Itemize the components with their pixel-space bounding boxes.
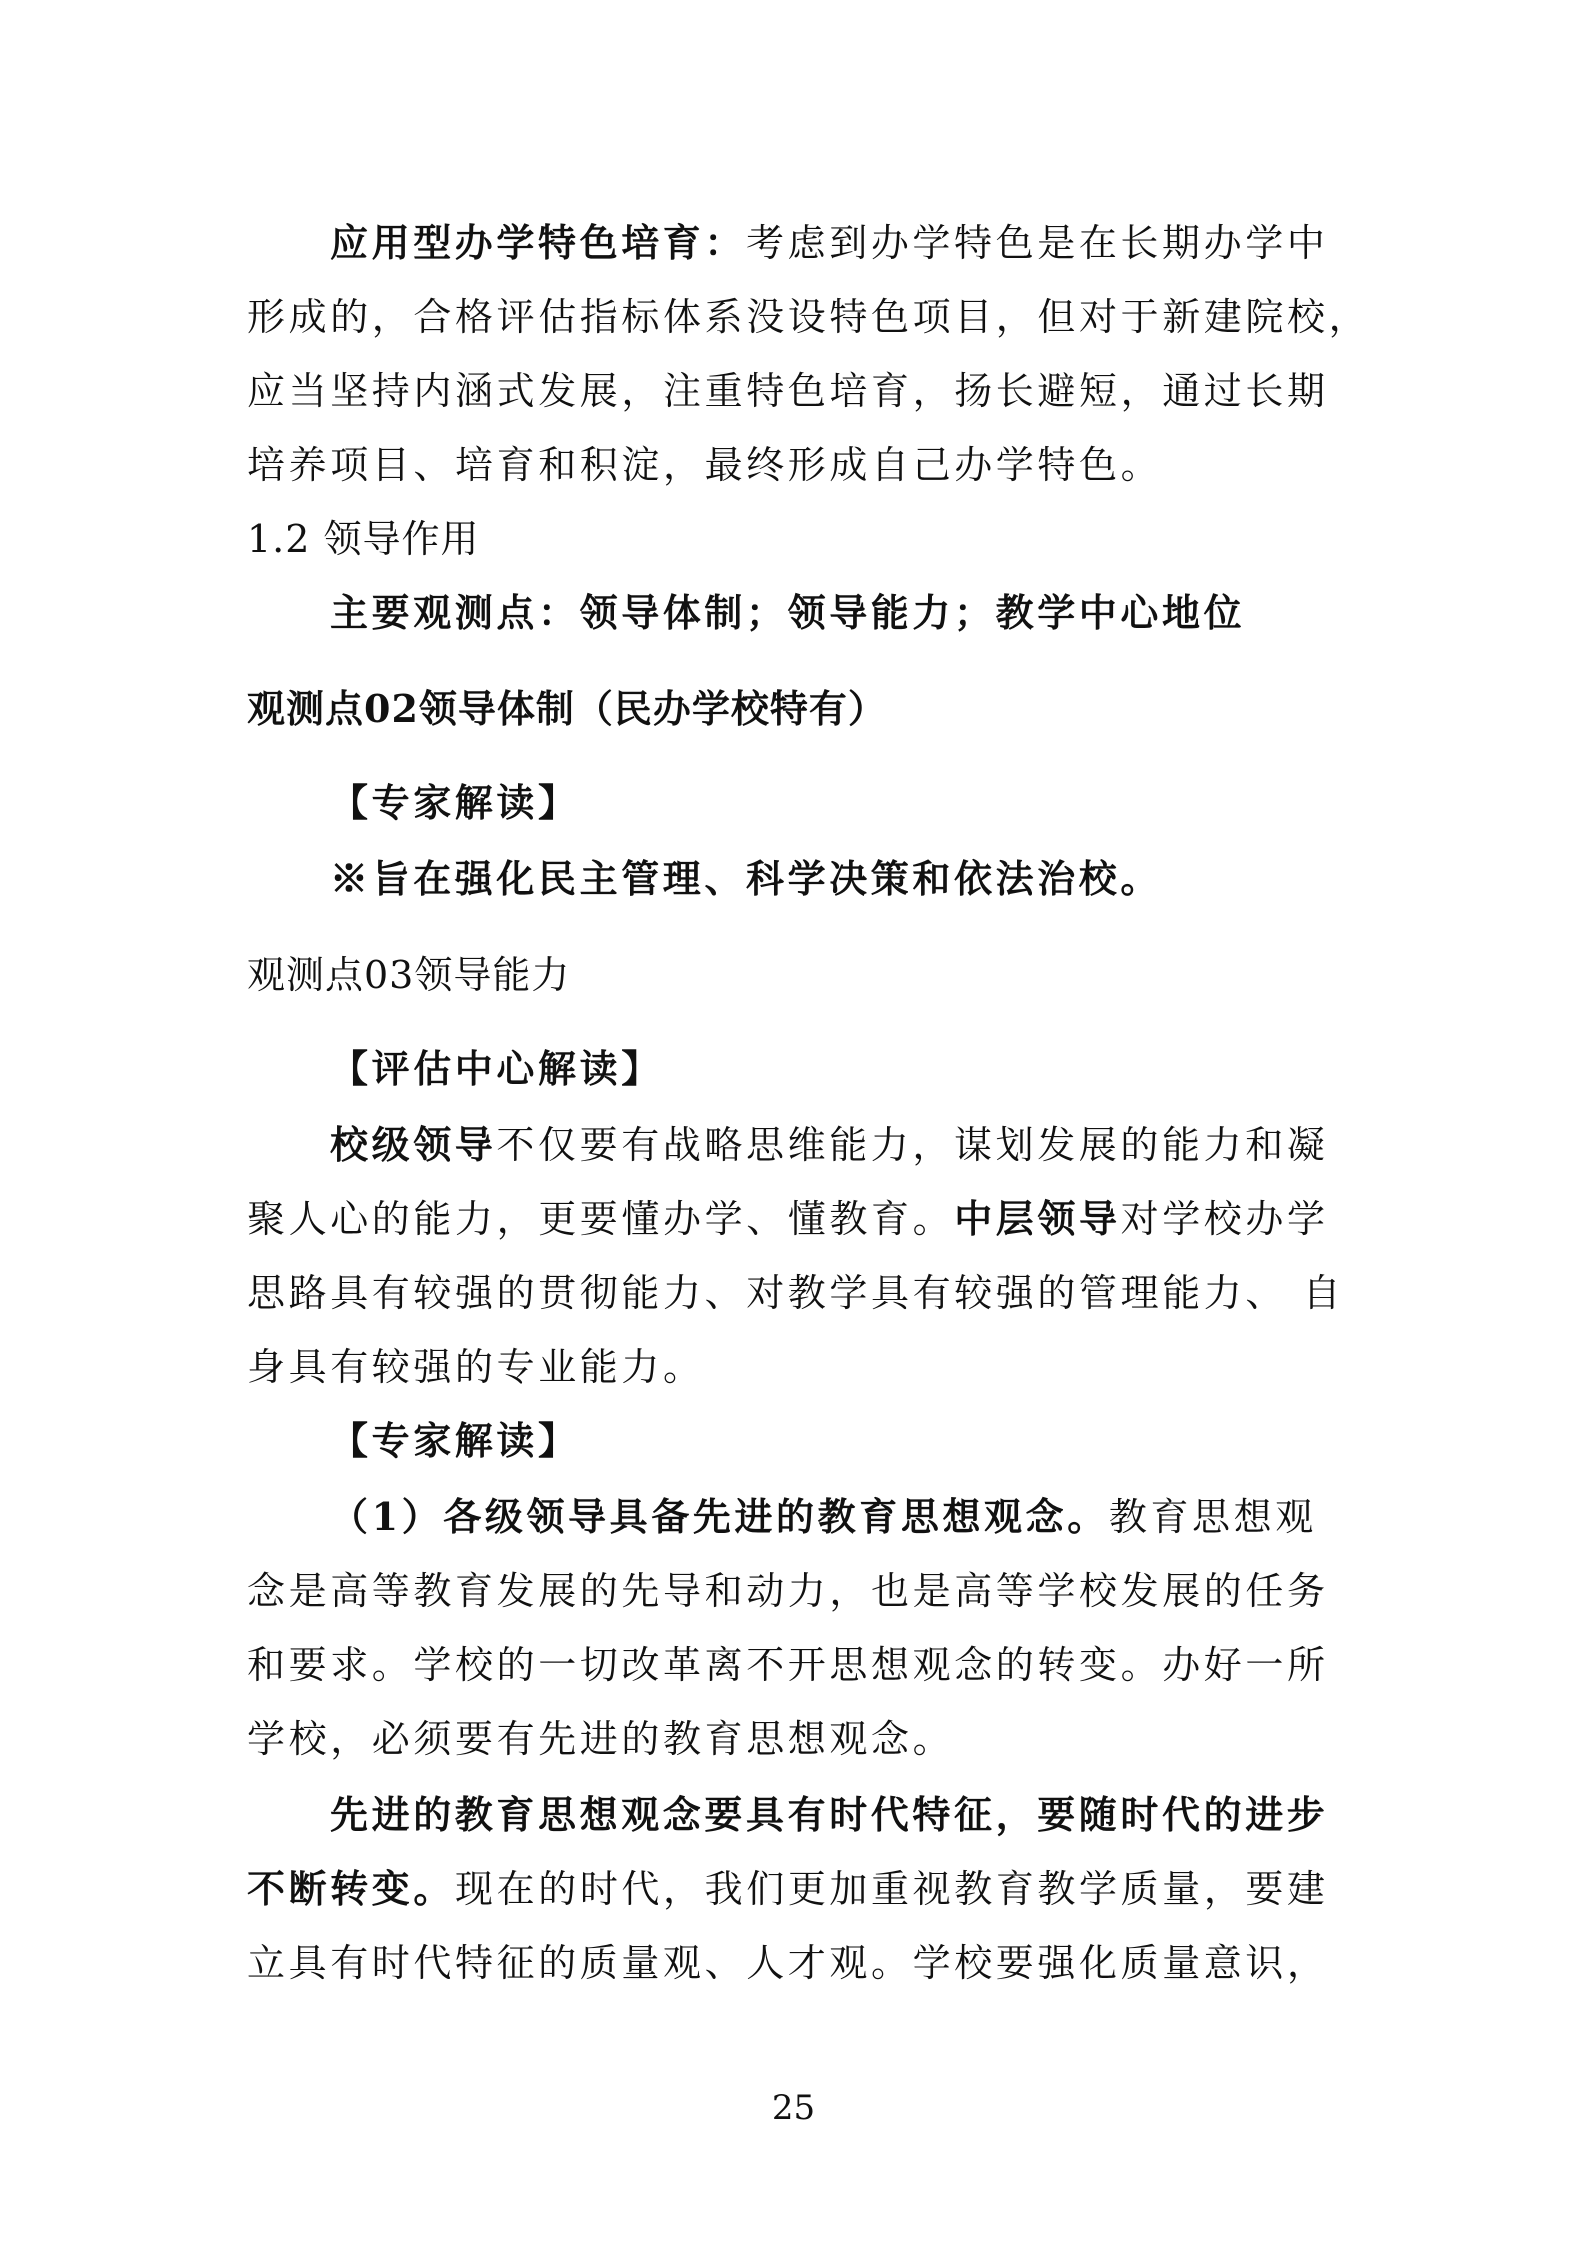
advanced-line-2-text: 现在的时代，我们更加重视教育教学质量，要建 bbox=[455, 1867, 1329, 1911]
observation-03-center-label: 【评估中心解读】 bbox=[330, 1046, 663, 1092]
advanced-line-2-bold: 不断转变。 bbox=[247, 1866, 455, 1911]
observation-02-expert-label: 【专家解读】 bbox=[330, 780, 580, 826]
expert-paragraph-line-2: 念是高等教育发展的先导和动力，也是高等学校发展的任务 bbox=[247, 1568, 1329, 1614]
feature-paragraph-line-1: 应用型办学特色培育：考虑到办学特色是在长期办学中 bbox=[330, 220, 1328, 266]
expert-item-1-heading: （1）各级领导具备先进的教育思想观念。 bbox=[330, 1494, 1109, 1539]
observation-03-title: 观测点03领导能力 bbox=[247, 952, 570, 998]
expert-paragraph-line-1: （1）各级领导具备先进的教育思想观念。教育思想观 bbox=[330, 1494, 1317, 1540]
observation-02-title: 观测点02领导体制（民办学校特有） bbox=[247, 686, 887, 732]
expert-item-1-text: 教育思想观 bbox=[1109, 1495, 1317, 1539]
feature-lead: 应用型办学特色培育： bbox=[330, 220, 746, 265]
page-number: 25 bbox=[0, 2088, 1587, 2128]
main-observation-points: 主要观测点：领导体制；领导能力；教学中心地位 bbox=[330, 590, 1245, 636]
center-line-2-text: 聚人心的能力，更要懂办学、懂教育。 bbox=[247, 1197, 954, 1241]
advanced-paragraph-line-3: 立具有时代特征的质量观、人才观。学校要强化质量意识， bbox=[247, 1940, 1329, 1986]
feature-paragraph-line-3: 应当坚持内涵式发展，注重特色培育，扬长避短，通过长期 bbox=[247, 368, 1329, 414]
feature-paragraph-line-4: 培养项目、培育和积淀，最终形成自己办学特色。 bbox=[247, 442, 1162, 488]
center-paragraph-line-2: 聚人心的能力，更要懂办学、懂教育。中层领导对学校办学 bbox=[247, 1196, 1329, 1242]
expert-paragraph-line-4: 学校，必须要有先进的教育思想观念。 bbox=[247, 1716, 954, 1762]
advanced-paragraph-line-2: 不断转变。现在的时代，我们更加重视教育教学质量，要建 bbox=[247, 1866, 1329, 1912]
center-line-1-text: 不仅要有战略思维能力，谋划发展的能力和凝 bbox=[496, 1123, 1328, 1167]
expert-paragraph-line-3: 和要求。学校的一切改革离不开思想观念的转变。办好一所 bbox=[247, 1642, 1329, 1688]
center-paragraph-line-1: 校级领导不仅要有战略思维能力，谋划发展的能力和凝 bbox=[330, 1122, 1328, 1168]
feature-line-1-text: 考虑到办学特色是在长期办学中 bbox=[746, 221, 1328, 265]
observation-03-expert-label: 【专家解读】 bbox=[330, 1418, 580, 1464]
feature-paragraph-line-2: 形成的，合格评估指标体系没设特色项目，但对于新建院校， bbox=[247, 294, 1370, 340]
center-line-2-tail: 对学校办学 bbox=[1121, 1197, 1329, 1241]
middle-level-leaders: 中层领导 bbox=[954, 1196, 1120, 1241]
school-level-leaders: 校级领导 bbox=[330, 1122, 496, 1167]
observation-02-expert-text: ※旨在强化民主管理、科学决策和依法治校。 bbox=[330, 856, 1162, 902]
center-paragraph-line-4: 身具有较强的专业能力。 bbox=[247, 1344, 705, 1390]
center-paragraph-line-3: 思路具有较强的贯彻能力、对教学具有较强的管理能力、 自 bbox=[247, 1270, 1344, 1316]
document-page: 应用型办学特色培育：考虑到办学特色是在长期办学中 形成的，合格评估指标体系没设特… bbox=[0, 0, 1587, 2245]
advanced-paragraph-line-1: 先进的教育思想观念要具有时代特征，要随时代的进步 bbox=[330, 1792, 1328, 1838]
section-heading: 1.2 领导作用 bbox=[247, 516, 480, 562]
